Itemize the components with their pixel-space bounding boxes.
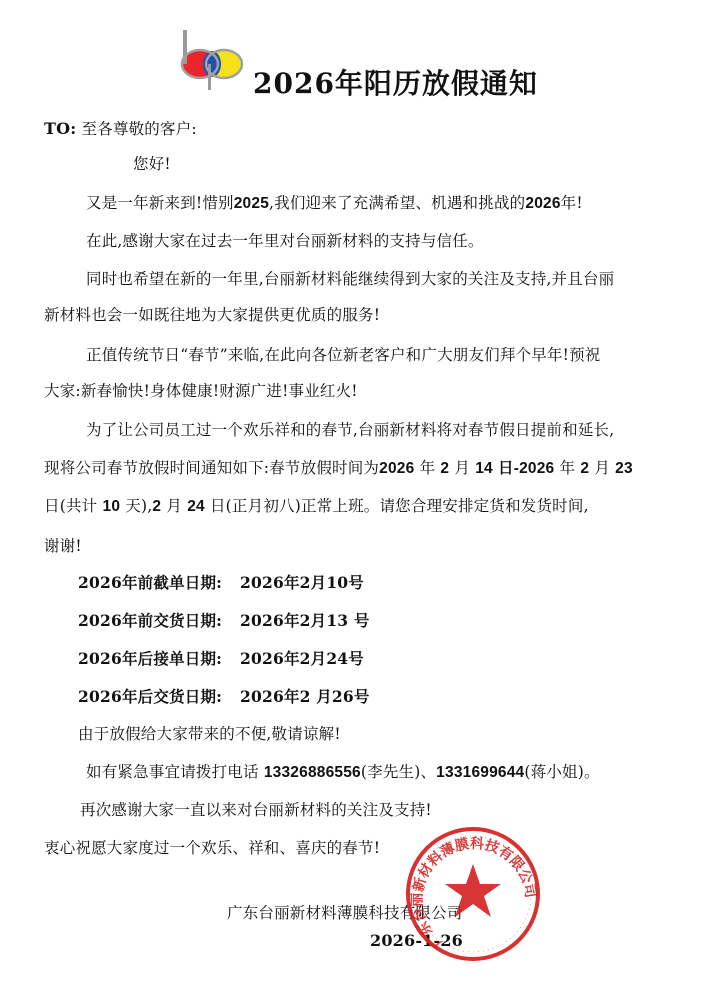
paragraph-2: 在此,感谢大家在过去一年里对台丽新材料的支持与信任。 [86, 232, 484, 250]
paragraph-5-line-4: 谢谢! [44, 537, 82, 555]
salutation-line: TO: 至各尊敬的客户: [44, 120, 197, 138]
schedule-label-4: 2026年后交货日期: [78, 688, 222, 706]
paragraph-4-line-2: 大家:新春愉快!身体健康!财源广进!事业红火! [44, 382, 358, 400]
page-title: 2026年阳历放假通知 [253, 62, 538, 102]
contact-line: 如有紧急事宜请拨打电话 13326886556(李先生)、1331699644(… [86, 763, 600, 782]
paragraph-3-line-2: 新材料也会一如既往地为大家提供更优质的服务! [44, 306, 380, 324]
schedule-label-1: 2026年前截单日期: [78, 574, 222, 592]
schedule-value-2: 2026年2月13 号 [240, 612, 370, 630]
phone-2: 1331699644 [436, 764, 524, 781]
schedule-value-1: 2026年2月10号 [240, 574, 364, 592]
phone-1: 13326886556 [264, 764, 361, 781]
paragraph-3-line-1: 同时也希望在新的一年里,台丽新材料能继续得到大家的关注及支持,并且台丽 [86, 270, 614, 288]
paragraph-5-line-1: 为了让公司员工过一个欢乐祥和的春节,台丽新材料将对春节假日提前和延长, [86, 421, 614, 439]
paragraph-5-line-3: 日(共计 10 天),2 月 24 日(正月初八)正常上班。请您合理安排定货和发… [44, 497, 589, 516]
company-logo-icon [176, 28, 246, 90]
greeting: 您好! [133, 155, 171, 173]
paragraph-4-line-1: 正值传统节日“春节”来临,在此向各位新老客户和广大朋友们拜个早年!预祝 [86, 346, 601, 364]
company-seal-icon: 广东台丽新材料薄膜科技有限公司 [403, 824, 543, 964]
apology-line: 由于放假给大家带来的不便,敬请谅解! [78, 725, 341, 743]
schedule-value-4: 2026年2 月26号 [240, 688, 370, 706]
paragraph-5-line-2: 现将公司春节放假时间通知如下:春节放假时间为2026 年 2 月 14 日-20… [44, 459, 633, 478]
to-label: TO: [44, 119, 76, 138]
schedule-label-3: 2026年后接单日期: [78, 650, 222, 668]
to-recipient: 至各尊敬的客户: [82, 120, 197, 138]
thanks-line: 再次感谢大家一直以来对台丽新材料的关注及支持! [80, 801, 432, 819]
paragraph-1: 又是一年新来到!惜别2025,我们迎来了充满希望、机遇和挑战的2026年! [86, 194, 583, 213]
wish-line: 衷心祝愿大家度过一个欢乐、祥和、喜庆的春节! [44, 839, 380, 857]
schedule-label-2: 2026年前交货日期: [78, 612, 222, 630]
schedule-value-3: 2026年2月24号 [240, 650, 364, 668]
